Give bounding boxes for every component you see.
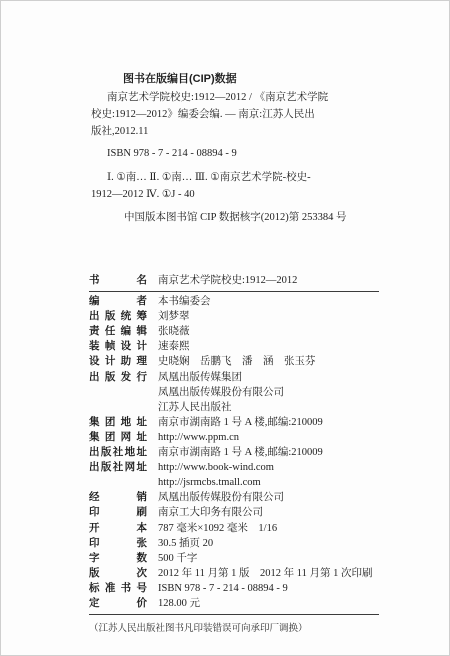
row-value-line: 史晓娴 岳鹏飞 潘 涵 张玉芬 <box>158 354 316 369</box>
row-label: 定价 <box>89 596 147 611</box>
row-label: 设计助理 <box>89 354 147 369</box>
row-value: http://www.book-wind.comhttp://jsrmcbs.t… <box>158 460 274 490</box>
row-value: ISBN 978 - 7 - 214 - 08894 - 9 <box>158 581 288 596</box>
misprint-exchange-note: （江苏人民出版社图书凡印装错误可向承印厂调换） <box>89 622 379 637</box>
row-value-line: http://www.book-wind.com <box>158 460 274 475</box>
cip-classification: Ⅰ. ①南… Ⅱ. ①南… Ⅲ. ①南京艺术学院-校史- 1912—2012 Ⅳ… <box>91 169 381 203</box>
row-value-line: 南京市湖南路 1 号 A 楼,邮编:210009 <box>158 445 323 460</box>
row-label: 印刷 <box>89 505 147 520</box>
colophon-row: 出版统筹 刘梦翠 <box>89 309 379 324</box>
row-label: 标准书号 <box>89 581 147 596</box>
row-label: 装帧设计 <box>89 339 147 354</box>
row-label: 出版统筹 <box>89 309 147 324</box>
copyright-page: 图书在版编目(CIP)数据 南京艺术学院校史:1912—2012 / 《南京艺术… <box>0 0 450 656</box>
row-label: 出版社地址 <box>89 445 147 460</box>
colophon-rows: 书名 南京艺术学院校史:1912—2012 编者 本书编委会 出版统筹 刘梦翠 … <box>89 273 379 615</box>
row-label: 集团网址 <box>89 430 147 445</box>
row-label: 版次 <box>89 566 147 581</box>
cip-description-line: 校史:1912—2012》编委会编. — 南京:江苏人民出 <box>91 106 381 123</box>
row-value: 凤凰出版传媒股份有限公司 <box>158 490 284 505</box>
colophon-row: 责任编辑 张晓薇 <box>89 324 379 339</box>
row-value: 787 毫米×1092 毫米 1/16 <box>158 521 277 536</box>
divider-rule <box>89 614 379 615</box>
row-label: 字数 <box>89 551 147 566</box>
row-value: 刘梦翠 <box>158 309 190 324</box>
row-value-line: 凤凰出版传媒股份有限公司 <box>158 490 284 505</box>
colophon-row: 集团地址 南京市湖南路 1 号 A 楼,邮编:210009 <box>89 415 379 430</box>
cip-classification-line: Ⅰ. ①南… Ⅱ. ①南… Ⅲ. ①南京艺术学院-校史- <box>91 169 381 186</box>
row-value: 500 千字 <box>158 551 197 566</box>
cip-header: 图书在版编目(CIP)数据 <box>123 71 381 88</box>
colophon-row: 标准书号 ISBN 978 - 7 - 214 - 08894 - 9 <box>89 581 379 596</box>
colophon-row: 经销 凤凰出版传媒股份有限公司 <box>89 490 379 505</box>
row-value: 南京市湖南路 1 号 A 楼,邮编:210009 <box>158 445 323 460</box>
colophon-row: 印张 30.5 插页 20 <box>89 536 379 551</box>
colophon-row: 集团网址 http://www.ppm.cn <box>89 430 379 445</box>
colophon-row: 版次 2012 年 11 月第 1 版 2012 年 11 月第 1 次印刷 <box>89 566 379 581</box>
row-value-line: 南京市湖南路 1 号 A 楼,邮编:210009 <box>158 415 323 430</box>
colophon-row: 出版社网址 http://www.book-wind.comhttp://jsr… <box>89 460 379 490</box>
cip-description: 南京艺术学院校史:1912—2012 / 《南京艺术学院 校史:1912—201… <box>91 89 381 140</box>
colophon-row: 设计助理 史晓娴 岳鹏飞 潘 涵 张玉芬 <box>89 354 379 369</box>
row-value-line: 张晓薇 <box>158 324 190 339</box>
row-value-line: 30.5 插页 20 <box>158 536 213 551</box>
row-value-line: http://www.ppm.cn <box>158 430 239 445</box>
row-label: 出版发行 <box>89 370 147 385</box>
row-value-line: 128.00 元 <box>158 596 200 611</box>
colophon-row: 书名 南京艺术学院校史:1912—2012 <box>89 273 379 288</box>
colophon-row: 出版发行 凤凰出版传媒集团凤凰出版传媒股份有限公司江苏人民出版社 <box>89 370 379 415</box>
row-value: 2012 年 11 月第 1 版 2012 年 11 月第 1 次印刷 <box>158 566 372 581</box>
cip-record-number: 中国版本图书馆 CIP 数据核字(2012)第 253384 号 <box>91 209 381 226</box>
row-value-line: 凤凰出版传媒集团 <box>158 370 284 385</box>
row-value-line: 刘梦翠 <box>158 309 190 324</box>
row-label: 出版社网址 <box>89 460 147 475</box>
row-value-line: 速泰熙 <box>158 339 190 354</box>
row-label: 经销 <box>89 490 147 505</box>
row-value-line: http://jsrmcbs.tmall.com <box>158 475 274 490</box>
row-value: http://www.ppm.cn <box>158 430 239 445</box>
colophon-row: 定价 128.00 元 <box>89 596 379 611</box>
row-value: 本书编委会 <box>158 294 211 309</box>
cip-description-line: 版社,2012.11 <box>91 123 381 140</box>
row-label: 书名 <box>89 273 147 288</box>
row-value-line: 凤凰出版传媒股份有限公司 <box>158 385 284 400</box>
row-label: 印张 <box>89 536 147 551</box>
colophon-row: 编者 本书编委会 <box>89 294 379 309</box>
row-value: 南京工大印务有限公司 <box>158 505 263 520</box>
row-label: 编者 <box>89 294 147 309</box>
colophon-row: 字数 500 千字 <box>89 551 379 566</box>
row-value: 128.00 元 <box>158 596 200 611</box>
cip-description-line: 南京艺术学院校史:1912—2012 / 《南京艺术学院 <box>91 89 381 106</box>
row-value-line: 本书编委会 <box>158 294 211 309</box>
row-value: 30.5 插页 20 <box>158 536 213 551</box>
colophon-row: 印刷 南京工大印务有限公司 <box>89 505 379 520</box>
row-value: 凤凰出版传媒集团凤凰出版传媒股份有限公司江苏人民出版社 <box>158 370 284 415</box>
row-value-line: 南京艺术学院校史:1912—2012 <box>158 273 297 288</box>
row-value-line: 787 毫米×1092 毫米 1/16 <box>158 521 277 536</box>
row-value: 史晓娴 岳鹏飞 潘 涵 张玉芬 <box>158 354 316 369</box>
cip-block: 图书在版编目(CIP)数据 南京艺术学院校史:1912—2012 / 《南京艺术… <box>91 71 381 226</box>
cip-classification-line: 1912—2012 Ⅳ. ①J - 40 <box>91 186 381 203</box>
row-value-line: 500 千字 <box>158 551 197 566</box>
row-value: 南京市湖南路 1 号 A 楼,邮编:210009 <box>158 415 323 430</box>
row-label: 集团地址 <box>89 415 147 430</box>
row-label: 开本 <box>89 521 147 536</box>
row-value-line: 南京工大印务有限公司 <box>158 505 263 520</box>
colophon-row: 开本 787 毫米×1092 毫米 1/16 <box>89 521 379 536</box>
row-value-line: 江苏人民出版社 <box>158 400 284 415</box>
colophon-row: 装帧设计 速泰熙 <box>89 339 379 354</box>
cip-isbn: ISBN 978 - 7 - 214 - 08894 - 9 <box>91 145 381 162</box>
row-value: 张晓薇 <box>158 324 190 339</box>
row-label: 责任编辑 <box>89 324 147 339</box>
row-value: 南京艺术学院校史:1912—2012 <box>158 273 297 288</box>
colophon-row: 出版社地址 南京市湖南路 1 号 A 楼,邮编:210009 <box>89 445 379 460</box>
row-value-line: ISBN 978 - 7 - 214 - 08894 - 9 <box>158 581 288 596</box>
row-value: 速泰熙 <box>158 339 190 354</box>
row-value-line: 2012 年 11 月第 1 版 2012 年 11 月第 1 次印刷 <box>158 566 372 581</box>
divider-rule <box>89 291 379 292</box>
colophon-table: 书名 南京艺术学院校史:1912—2012 编者 本书编委会 出版统筹 刘梦翠 … <box>89 273 379 637</box>
